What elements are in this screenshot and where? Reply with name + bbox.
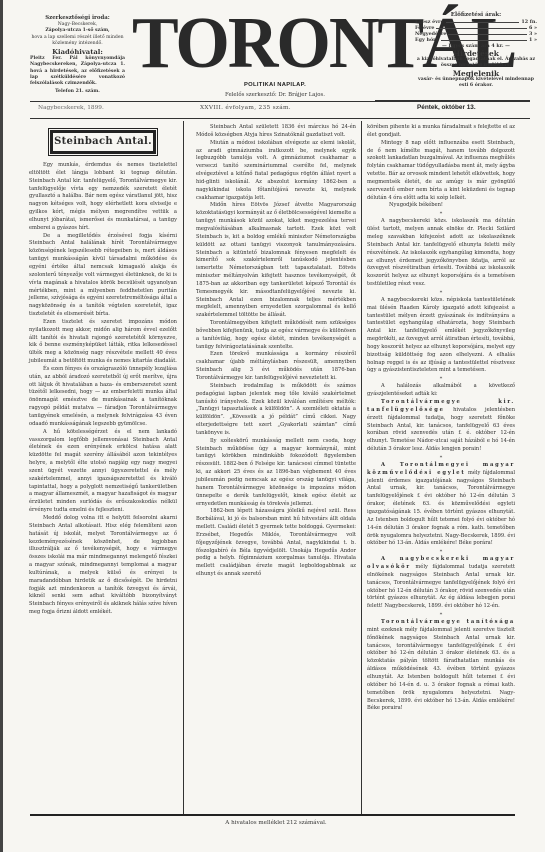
article-paragraph: Egy munkás, érdemdus és nemes tisztelett… — [29, 162, 177, 233]
notice-reading-circle: A nagybecskereki magyar olvasókör mély f… — [367, 556, 515, 611]
notice-body: hivatalos jelentésben érzett fájdalommal… — [367, 407, 515, 452]
article-paragraph: Midőn híres Eötvös József átvette Magyar… — [196, 202, 356, 320]
page-edge-shadow — [0, 0, 3, 852]
separator-star: * — [367, 454, 515, 462]
column-divider — [183, 121, 184, 816]
article-paragraph: Ezen törekvő munkássága a kormány részér… — [196, 351, 356, 382]
newspaper-title: TORONTÁL — [132, 4, 422, 84]
article-paragraph: Torontálmegyében kifejtett működését nem… — [196, 320, 356, 351]
article-paragraph: Meddő dolog volna itt e helyütt felsorol… — [29, 515, 177, 617]
masthead-right-info: Előfizetési árak: Egész évre12 fn. Félév… — [415, 12, 537, 89]
article-paragraph: Mintegy 8 nap előtt influenzába esett St… — [367, 140, 515, 203]
publishing-office-heading: Kiadóhivatal: — [30, 49, 125, 55]
price-value: 1 » — [529, 37, 537, 43]
article-paragraph: Ily széleskörű munkásság mellett nem cso… — [196, 438, 356, 509]
newspaper-subtitle: POLITIKAI NAPILAP. — [140, 82, 410, 88]
separator-star: * — [367, 548, 515, 556]
article-paragraph: A hű kötelességérzet és el nem lankadó v… — [29, 429, 177, 515]
notice-cultural-society: A Torontálmegyei magyar közművelődési eg… — [367, 462, 515, 548]
newspaper-page: Szerkesztőségi iroda: Nagy-Becskerek, Zá… — [0, 0, 545, 852]
article-paragraph: 1862-ben lépett házasságra jólelkű nejév… — [196, 508, 356, 579]
editor-line: Felelős szerkesztő: Dr. Brájjer Lajos. — [140, 92, 410, 98]
article-paragraph: Miután a módosi iskolában elvégezte az e… — [196, 140, 356, 203]
article-paragraph: Steinbach irodalmilag is működött és szá… — [196, 383, 356, 438]
bottom-rule — [30, 814, 515, 816]
editorial-office-heading: Szerkesztőségi iroda: — [30, 15, 125, 21]
article-paragraph: Ezen tisztelet és szeretet impozáns módo… — [29, 319, 177, 366]
notice-body: mély fájdalommal tudatja szeretett elnök… — [367, 564, 515, 609]
column-divider — [361, 121, 362, 816]
appears-text: vasár- és ünnepnapok kivételével mindenn… — [415, 77, 537, 89]
article-paragraph: De a megilletődés érzésével fogja kísérn… — [29, 233, 177, 319]
dateline-volume: XXVIII. évfolyam, 235 szám. — [200, 105, 291, 111]
separator-star: * — [367, 611, 515, 619]
notice-inspectorate: Torontálvármegye kir. tanfelügyelősége h… — [367, 399, 515, 454]
editorial-office-note: hova a lap szellemi részét illető minden… — [30, 35, 125, 47]
dateline-place-year: Nagybecskerek, 1899. — [38, 105, 104, 111]
article-column-3: körében pihente ki a munka fáradalmait s… — [367, 124, 515, 713]
notice-intro: A halálozás alkalmából a következő gyász… — [367, 383, 515, 399]
article-paragraph: Steinbach Antal született 1836 évi márci… — [196, 124, 356, 140]
notice-school-board: A nagybecskereki közs. iskolaszék ma dél… — [367, 218, 515, 289]
publishing-office-text: Pleitz Fer. Pál könyvnyomdája Nagybecske… — [30, 56, 125, 87]
separator-star: * — [367, 289, 515, 297]
phone-number: Telefon 21. szám. — [30, 89, 125, 95]
article-column-1: Steinbach Antal. Egy munkás, érdemdus és… — [29, 124, 177, 617]
subscription-heading: Előfizetési árak: — [415, 12, 537, 18]
price-label: Egy hóra — [415, 37, 439, 43]
ads-text: a kiadóhivatalban fogadtatnak el. Árszab… — [415, 57, 537, 69]
closing-line: Nyugodjék békében! — [367, 202, 515, 210]
masthead-left-info: Szerkesztőségi iroda: Nagy-Becskerek, Zá… — [30, 14, 125, 95]
article-paragraph: körében pihente ki a munka fáradalmait s… — [367, 124, 515, 140]
notice-body: mély fájdalommal jelenti érdemes igazgat… — [367, 470, 515, 547]
masthead-rule-right — [375, 100, 530, 102]
supplement-note: A hivatalos melléklet 212 számával. — [196, 820, 356, 826]
article-paragraph: És ezen fényes és országraszóló ünnepély… — [29, 366, 177, 429]
notice-teachers: A nagybecskereki közs. népiskola tantest… — [367, 297, 515, 375]
notice-org-name: Torontálvármegye tanítósága — [381, 619, 515, 625]
dateline-rule — [30, 118, 530, 119]
masthead-rule — [30, 101, 375, 102]
dateline-date: Péntek, október 13. — [417, 104, 476, 111]
article-headline: Steinbach Antal. — [50, 130, 156, 154]
notice-body: mint ezeknek mély fájdalommal jelenti sz… — [367, 627, 515, 711]
notice-teachers-county: Torontálvármegye tanítósága mint ezeknek… — [367, 619, 515, 713]
dateline: Nagybecskerek, 1899. XXVIII. évfolyam, 2… — [0, 103, 545, 115]
article-column-2: Steinbach Antal született 1836 évi márci… — [196, 124, 356, 579]
